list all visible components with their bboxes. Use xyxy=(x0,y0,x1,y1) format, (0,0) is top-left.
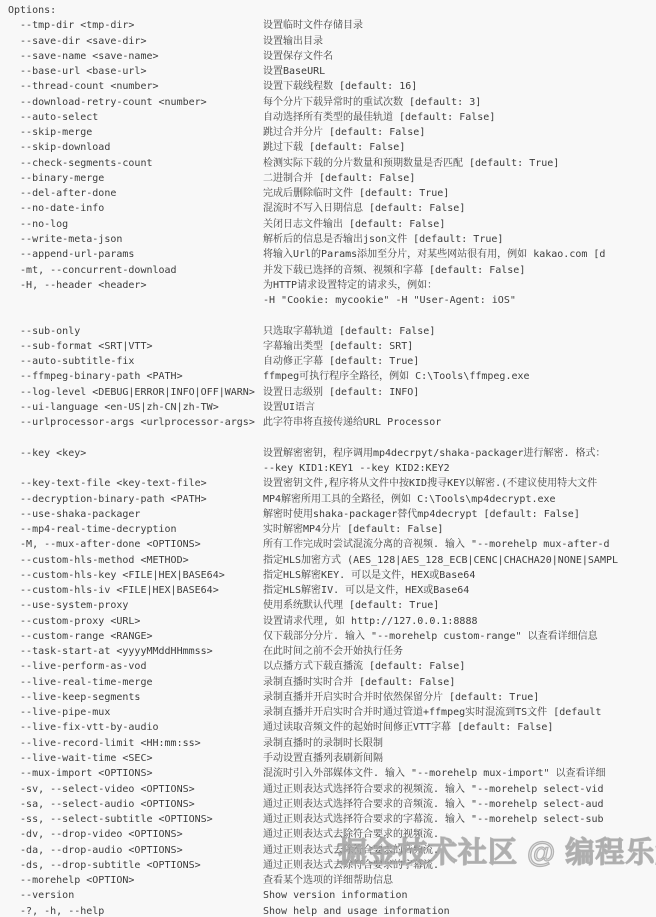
option-description: 指定HLS解密IV. 可以是文件，HEX或Base64 xyxy=(263,583,656,598)
option-description: 跳过合并分片 [default: False] xyxy=(263,125,656,140)
option-row: --binary-merge 二进制合并 [default: False] xyxy=(8,171,656,186)
option-description: 使用系统默认代理 [default: True] xyxy=(263,598,656,613)
option-description: 在此时间之前不会开始执行任务 xyxy=(263,644,656,659)
option-description: 自动修正字幕 [default: True] xyxy=(263,354,656,369)
option-description: 只选取字幕轨道 [default: False] xyxy=(263,324,656,339)
option-row: --append-url-params 将输入Url的Params添加至分片，对… xyxy=(8,247,656,262)
option-description: 设置UI语言 xyxy=(263,400,656,415)
option-flag: --mp4-real-time-decryption xyxy=(8,522,263,537)
option-description: 设置解密密钥，程序调用mp4decrpyt/shaka-packager进行解密… xyxy=(263,446,656,461)
option-row: --save-dir <save-dir> 设置输出目录 xyxy=(8,34,656,49)
option-flag: --auto-select xyxy=(8,110,263,125)
option-row: --version Show version information xyxy=(8,888,656,903)
option-flag: --live-keep-segments xyxy=(8,690,263,705)
option-flag: --sub-format <SRT|VTT> xyxy=(8,339,263,354)
option-row: --live-fix-vtt-by-audio 通过读取音频文件的起始时间修正V… xyxy=(8,720,656,735)
option-row: --live-pipe-mux 录制直播并开启实时合并时通过管道+ffmpeg实… xyxy=(8,705,656,720)
option-row: -sv, --select-video <OPTIONS> 通过正则表达式选择符… xyxy=(8,782,656,797)
option-description: 设置日志级别 [default: INFO] xyxy=(263,385,656,400)
option-description: 混流时不写入日期信息 [default: False] xyxy=(263,201,656,216)
option-flag: --no-log xyxy=(8,217,263,232)
option-flag: --custom-hls-method <METHOD> xyxy=(8,553,263,568)
option-description: 设置密钥文件,程序将从文件中按KID搜寻KEY以解密.(不建议使用特大文件 xyxy=(263,476,656,491)
option-flag: --urlprocessor-args <urlprocessor-args> xyxy=(8,415,263,430)
option-row: --sub-only 只选取字幕轨道 [default: False] xyxy=(8,324,656,339)
option-row: --custom-hls-key <FILE|HEX|BASE64> 指定HLS… xyxy=(8,568,656,583)
option-flag: --download-retry-count <number> xyxy=(8,95,263,110)
option-row: --del-after-done 完成后删除临时文件 [default: Tru… xyxy=(8,186,656,201)
option-flag: --ffmpeg-binary-path <PATH> xyxy=(8,369,263,384)
option-row: --auto-subtitle-fix 自动修正字幕 [default: Tru… xyxy=(8,354,656,369)
option-flag: --morehelp <OPTION> xyxy=(8,873,263,888)
option-flag: --base-url <base-url> xyxy=(8,64,263,79)
option-flag: --tmp-dir <tmp-dir> xyxy=(8,18,263,33)
option-description: 每个分片下载异常时的重试次数 [default: 3] xyxy=(263,95,656,110)
option-row: Options: xyxy=(8,3,656,18)
option-flag: --save-name <save-name> xyxy=(8,49,263,64)
option-row: --custom-range <RANGE> 仅下载部分分片. 输入 "--mo… xyxy=(8,629,656,644)
option-flag: --check-segments-count xyxy=(8,156,263,171)
option-row: -sa, --select-audio <OPTIONS> 通过正则表达式选择符… xyxy=(8,797,656,812)
option-row: --base-url <base-url> 设置BaseURL xyxy=(8,64,656,79)
option-row: --custom-hls-iv <FILE|HEX|BASE64> 指定HLS解… xyxy=(8,583,656,598)
option-flag: -dv, --drop-video <OPTIONS> xyxy=(8,827,263,842)
option-description: Show help and usage information xyxy=(263,904,656,917)
option-flag: --thread-count <number> xyxy=(8,79,263,94)
option-flag: --use-shaka-packager xyxy=(8,507,263,522)
option-flag: --version xyxy=(8,888,263,903)
option-row: --live-real-time-merge 录制直播时实时合并 [defaul… xyxy=(8,675,656,690)
option-description: 指定HLS加密方式 (AES_128|AES_128_ECB|CENC|CHAC… xyxy=(263,553,656,568)
option-description: 通过正则表达式选择符合要求的字幕流. 输入 "--morehelp select… xyxy=(263,812,656,827)
option-row: --thread-count <number> 设置下载线程数 [default… xyxy=(8,79,656,94)
option-row: --check-segments-count 检测实际下载的分片数量和预期数量是… xyxy=(8,156,656,171)
option-description: 设置输出目录 xyxy=(263,34,656,49)
option-flag: --task-start-at <yyyyMMddHHmmss> xyxy=(8,644,263,659)
option-row xyxy=(8,308,656,323)
terminal-output: Options: --tmp-dir <tmp-dir> 设置临时文件存储目录 … xyxy=(8,3,656,917)
option-row: --live-perform-as-vod 以点播方式下载直播流 [defaul… xyxy=(8,659,656,674)
option-row: --use-system-proxy 使用系统默认代理 [default: Tr… xyxy=(8,598,656,613)
option-description: 通过正则表达式选择符合要求的音频流. 输入 "--morehelp select… xyxy=(263,797,656,812)
option-description: 通过正则表达式去除符合要求的视频流. xyxy=(263,827,656,842)
option-row: --key KID1:KEY1 --key KID2:KEY2 xyxy=(8,461,656,476)
option-flag: --custom-hls-key <FILE|HEX|BASE64> xyxy=(8,568,263,583)
option-flag: --custom-range <RANGE> xyxy=(8,629,263,644)
option-row: --urlprocessor-args <urlprocessor-args> … xyxy=(8,415,656,430)
option-row: -?, -h, --help Show help and usage infor… xyxy=(8,904,656,917)
option-flag: --key <key> xyxy=(8,446,263,461)
option-row: --download-retry-count <number> 每个分片下载异常… xyxy=(8,95,656,110)
option-row: --no-log 关闭日志文件输出 [default: False] xyxy=(8,217,656,232)
option-flag: --append-url-params xyxy=(8,247,263,262)
option-flag: --use-system-proxy xyxy=(8,598,263,613)
option-description: 为HTTP请求设置特定的请求头，例如： xyxy=(263,278,656,293)
option-row: --auto-select 自动选择所有类型的最佳轨道 [default: Fa… xyxy=(8,110,656,125)
option-description: Show version information xyxy=(263,888,656,903)
option-description: 二进制合并 [default: False] xyxy=(263,171,656,186)
option-description: 设置下载线程数 [default: 16] xyxy=(263,79,656,94)
option-flag xyxy=(8,308,263,323)
option-flag: --save-dir <save-dir> xyxy=(8,34,263,49)
option-description: 关闭日志文件输出 [default: False] xyxy=(263,217,656,232)
option-flag: -?, -h, --help xyxy=(8,904,263,917)
option-description: 字幕输出类型 [default: SRT] xyxy=(263,339,656,354)
option-description: 录制直播并开启实时合并时依然保留分片 [default: True] xyxy=(263,690,656,705)
option-row: -dv, --drop-video <OPTIONS> 通过正则表达式去除符合要… xyxy=(8,827,656,842)
option-flag xyxy=(8,293,263,308)
option-description: 录制直播时实时合并 [default: False] xyxy=(263,675,656,690)
option-flag: --live-perform-as-vod xyxy=(8,659,263,674)
option-flag: --live-pipe-mux xyxy=(8,705,263,720)
option-flag: --decryption-binary-path <PATH> xyxy=(8,492,263,507)
option-row: -da, --drop-audio <OPTIONS> 通过正则表达式去除符合要… xyxy=(8,843,656,858)
option-row: --log-level <DEBUG|ERROR|INFO|OFF|WARN> … xyxy=(8,385,656,400)
option-flag: --skip-download xyxy=(8,140,263,155)
option-flag: -ss, --select-subtitle <OPTIONS> xyxy=(8,812,263,827)
option-row: --tmp-dir <tmp-dir> 设置临时文件存储目录 xyxy=(8,18,656,33)
option-row: --sub-format <SRT|VTT> 字幕输出类型 [default: … xyxy=(8,339,656,354)
option-description: 跳过下载 [default: False] xyxy=(263,140,656,155)
option-flag: --no-date-info xyxy=(8,201,263,216)
option-description: 实时解密MP4分片 [default: False] xyxy=(263,522,656,537)
option-flag: -sv, --select-video <OPTIONS> xyxy=(8,782,263,797)
option-flag xyxy=(8,461,263,476)
option-description: 将输入Url的Params添加至分片，对某些网站很有用，例如 kakao.com… xyxy=(263,247,656,262)
option-flag: --custom-proxy <URL> xyxy=(8,614,263,629)
option-row: -M, --mux-after-done <OPTIONS> 所有工作完成时尝试… xyxy=(8,537,656,552)
option-description: 解析后的信息是否输出json文件 [default: True] xyxy=(263,232,656,247)
option-description: -H "Cookie: mycookie" -H "User-Agent: iO… xyxy=(263,293,656,308)
option-description: 自动选择所有类型的最佳轨道 [default: False] xyxy=(263,110,656,125)
option-row: --ffmpeg-binary-path <PATH> ffmpeg可执行程序全… xyxy=(8,369,656,384)
option-row xyxy=(8,430,656,445)
option-row: --live-wait-time <SEC> 手动设置直播列表刷新间隔 xyxy=(8,751,656,766)
option-row: --save-name <save-name> 设置保存文件名 xyxy=(8,49,656,64)
option-row: -ss, --select-subtitle <OPTIONS> 通过正则表达式… xyxy=(8,812,656,827)
option-description xyxy=(263,308,656,323)
option-row: --ui-language <en-US|zh-CN|zh-TW> 设置UI语言 xyxy=(8,400,656,415)
option-description: 设置BaseURL xyxy=(263,64,656,79)
option-flag: --del-after-done xyxy=(8,186,263,201)
option-row: -H, --header <header> 为HTTP请求设置特定的请求头，例如… xyxy=(8,278,656,293)
option-description: 解密时使用shaka-packager替代mp4decrypt [default… xyxy=(263,507,656,522)
option-flag: --custom-hls-iv <FILE|HEX|BASE64> xyxy=(8,583,263,598)
option-row: --key-text-file <key-text-file> 设置密钥文件,程… xyxy=(8,476,656,491)
option-description: 指定HLS解密KEY. 可以是文件，HEX或Base64 xyxy=(263,568,656,583)
option-description: --key KID1:KEY1 --key KID2:KEY2 xyxy=(263,461,656,476)
option-description: 查看某个选项的详细帮助信息 xyxy=(263,873,656,888)
option-flag: -da, --drop-audio <OPTIONS> xyxy=(8,843,263,858)
option-description: 设置请求代理, 如 http://127.0.0.1:8888 xyxy=(263,614,656,629)
option-description: MP4解密所用工具的全路径，例如 C:\Tools\mp4decrypt.exe xyxy=(263,492,656,507)
option-description: 仅下载部分分片. 输入 "--morehelp custom-range" 以查… xyxy=(263,629,656,644)
option-flag: Options: xyxy=(8,3,263,18)
option-description: 设置保存文件名 xyxy=(263,49,656,64)
option-flag: --live-wait-time <SEC> xyxy=(8,751,263,766)
option-description: 通过读取音频文件的起始时间修正VTT字幕 [default: False] xyxy=(263,720,656,735)
option-row: --no-date-info 混流时不写入日期信息 [default: Fals… xyxy=(8,201,656,216)
option-description: 所有工作完成时尝试混流分离的音视频. 输入 "--morehelp mux-af… xyxy=(263,537,656,552)
option-flag: -ds, --drop-subtitle <OPTIONS> xyxy=(8,858,263,873)
option-flag: --live-record-limit <HH:mm:ss> xyxy=(8,736,263,751)
option-row: --live-keep-segments 录制直播并开启实时合并时依然保留分片 … xyxy=(8,690,656,705)
option-flag: --mux-import <OPTIONS> xyxy=(8,766,263,781)
option-description xyxy=(263,430,656,445)
option-description: 此字符串将直接传递给URL Processor xyxy=(263,415,656,430)
option-row: --task-start-at <yyyyMMddHHmmss> 在此时间之前不… xyxy=(8,644,656,659)
option-description: 通过正则表达式去除符合要求的音频流. xyxy=(263,843,656,858)
option-flag xyxy=(8,430,263,445)
option-flag: --log-level <DEBUG|ERROR|INFO|OFF|WARN> xyxy=(8,385,263,400)
option-row: -mt, --concurrent-download 并发下载已选择的音频、视频… xyxy=(8,263,656,278)
option-description: 并发下载已选择的音频、视频和字幕 [default: False] xyxy=(263,263,656,278)
option-description xyxy=(263,3,656,18)
option-description: 完成后删除临时文件 [default: True] xyxy=(263,186,656,201)
option-description: 检测实际下载的分片数量和预期数量是否匹配 [default: True] xyxy=(263,156,656,171)
option-row: --mp4-real-time-decryption 实时解密MP4分片 [de… xyxy=(8,522,656,537)
option-flag: --binary-merge xyxy=(8,171,263,186)
option-flag: -H, --header <header> xyxy=(8,278,263,293)
option-flag: --live-fix-vtt-by-audio xyxy=(8,720,263,735)
option-row: --custom-hls-method <METHOD> 指定HLS加密方式 (… xyxy=(8,553,656,568)
option-flag: --skip-merge xyxy=(8,125,263,140)
option-description: 手动设置直播列表刷新间隔 xyxy=(263,751,656,766)
option-row: --skip-download 跳过下载 [default: False] xyxy=(8,140,656,155)
option-flag: --auto-subtitle-fix xyxy=(8,354,263,369)
option-row: --key <key> 设置解密密钥，程序调用mp4decrpyt/shaka-… xyxy=(8,446,656,461)
option-row: --mux-import <OPTIONS> 混流时引入外部媒体文件. 输入 "… xyxy=(8,766,656,781)
option-description: 以点播方式下载直播流 [default: False] xyxy=(263,659,656,674)
option-description: 录制直播并开启实时合并时通过管道+ffmpeg实时混流到TS文件 [defaul… xyxy=(263,705,656,720)
option-description: ffmpeg可执行程序全路径，例如 C:\Tools\ffmpeg.exe xyxy=(263,369,656,384)
option-description: 设置临时文件存储目录 xyxy=(263,18,656,33)
option-row: -H "Cookie: mycookie" -H "User-Agent: iO… xyxy=(8,293,656,308)
option-row: --skip-merge 跳过合并分片 [default: False] xyxy=(8,125,656,140)
option-flag: --sub-only xyxy=(8,324,263,339)
option-flag: -mt, --concurrent-download xyxy=(8,263,263,278)
option-row: --decryption-binary-path <PATH> MP4解密所用工… xyxy=(8,492,656,507)
option-flag: -M, --mux-after-done <OPTIONS> xyxy=(8,537,263,552)
option-row: --write-meta-json 解析后的信息是否输出json文件 [defa… xyxy=(8,232,656,247)
option-flag: --live-real-time-merge xyxy=(8,675,263,690)
option-description: 录制直播时的录制时长限制 xyxy=(263,736,656,751)
option-row: --custom-proxy <URL> 设置请求代理, 如 http://12… xyxy=(8,614,656,629)
option-description: 混流时引入外部媒体文件. 输入 "--morehelp mux-import" … xyxy=(263,766,656,781)
option-description: 通过正则表达式去除符合要求的字幕流. xyxy=(263,858,656,873)
option-row: -ds, --drop-subtitle <OPTIONS> 通过正则表达式去除… xyxy=(8,858,656,873)
option-row: --use-shaka-packager 解密时使用shaka-packager… xyxy=(8,507,656,522)
option-row: --live-record-limit <HH:mm:ss> 录制直播时的录制时… xyxy=(8,736,656,751)
option-flag: --write-meta-json xyxy=(8,232,263,247)
option-flag: -sa, --select-audio <OPTIONS> xyxy=(8,797,263,812)
option-row: --morehelp <OPTION> 查看某个选项的详细帮助信息 xyxy=(8,873,656,888)
option-flag: --key-text-file <key-text-file> xyxy=(8,476,263,491)
option-flag: --ui-language <en-US|zh-CN|zh-TW> xyxy=(8,400,263,415)
option-description: 通过正则表达式选择符合要求的视频流. 输入 "--morehelp select… xyxy=(263,782,656,797)
